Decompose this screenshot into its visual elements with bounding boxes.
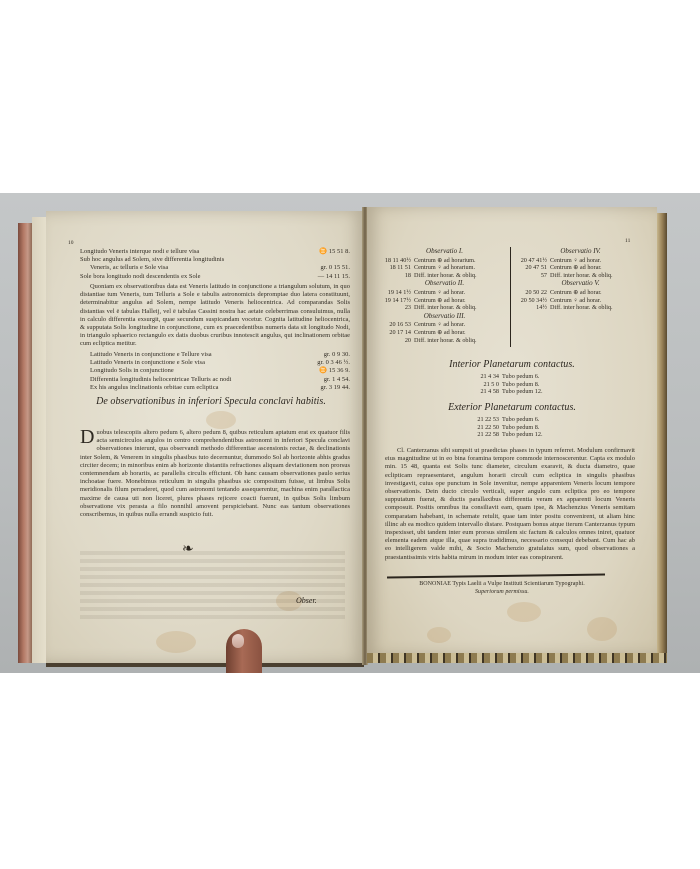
observation-row: 20 17 14Centrum ⊕ ad horar. (377, 329, 512, 337)
observation-row: 18 11 40½Centrum ⊕ ad horarium. (377, 257, 512, 265)
observation-title: Observatio III. (377, 313, 512, 321)
fingernail (232, 634, 244, 648)
left-top-lines: Longitudo Veneris interque nodi e tellur… (80, 248, 350, 281)
imprint-line-2: Superiorum permissu. (397, 588, 607, 596)
observation-row: 20 47 51Centrum ⊕ ad horar. (513, 264, 648, 272)
left-page-stack (32, 217, 46, 663)
line-value: gr. 3 19 44. (320, 384, 350, 392)
contact-row: 21 4 34Tubo pedum 6. (465, 373, 585, 381)
left-page-number: 10 (68, 239, 74, 247)
line-text: Differentia longitudinis heliocentricae … (90, 376, 231, 384)
left-page-bottom-edge (46, 663, 364, 667)
right-paragraph: Cl. Canterzanus sibi sumpsit ut praedict… (385, 447, 635, 562)
drop-cap: D (80, 429, 95, 446)
right-page-stack (657, 213, 667, 653)
observation-row: 19 14 1½Centrum ♀ ad horar. (377, 289, 512, 297)
line-value: — 14 11 15. (318, 273, 350, 281)
line-text: Sole bora longitudo nodi descendentis ex… (80, 273, 200, 281)
contact-row: 21 22 58Tubo pedum 12. (465, 431, 585, 439)
left-paragraph-2: Duobus telescopiis altero pedum 6, alter… (80, 429, 350, 519)
book-photo: 10 Longitudo Veneris interque nodi e tel… (0, 193, 700, 673)
observation-row: 20 47 41½Centrum ♀ ad horar. (513, 257, 648, 265)
ornament-icon: ❧ (182, 541, 194, 558)
column-divider (510, 247, 511, 347)
observation-row: 18 11 51Centrum ♀ ad horarium. (377, 264, 512, 272)
observation-row: 20Diff. inter horar. & obliq. (377, 337, 512, 345)
observation-row: 14½Diff. inter horar. & obliq. (513, 304, 648, 312)
observation-title: Observatio II. (377, 280, 512, 288)
right-page: 11 Observatio I. 18 11 40½Centrum ⊕ ad h… (367, 207, 657, 655)
left-paragraph-1: Quoniam ex observationibus data est Vene… (80, 283, 350, 349)
line-value: gr. 1 4 54. (324, 376, 350, 384)
right-page-number: 11 (625, 237, 630, 245)
catchword: Obser. (296, 596, 317, 605)
interior-contact-heading: Interior Planetarum contactus. (387, 359, 637, 371)
observation-row: 20 16 53Centrum ♀ ad horar. (377, 321, 512, 329)
line-text: Ex his angulus inclinationis orbitae cum… (90, 384, 219, 392)
exterior-contact-rows: 21 22 53Tubo pedum 6. 21 22 50Tubo pedum… (465, 416, 585, 439)
right-page-deckle-edge (367, 653, 667, 663)
line-value: ♊ 15 51 8. (319, 248, 350, 256)
line-value: gr. 0 9 30. (324, 351, 350, 359)
left-page: 10 Longitudo Veneris interque nodi e tel… (46, 211, 364, 663)
line-text: Latitudo Veneris in conjunctione e Sole … (90, 359, 205, 367)
line-text: Sub hoc angulus ad Solem, sive different… (80, 256, 224, 264)
observation-title: Observatio I. (377, 248, 512, 256)
line-value: ♊ 15 36 9. (319, 367, 350, 375)
observation-title: Observatio V. (513, 280, 648, 288)
contact-row: 21 5 0Tubo pedum 8. (465, 381, 585, 389)
section-heading: De observationibus in inferiori Specula … (86, 396, 336, 408)
book-cover-edge (18, 223, 32, 663)
imprint-rule (387, 573, 605, 578)
exterior-contact-heading: Exterior Planetarum contactus. (387, 402, 637, 414)
contact-row: 21 22 53Tubo pedum 6. (465, 416, 585, 424)
left-table: Latitudo Veneris in conjunctione e Tellu… (90, 351, 350, 392)
contact-row: 21 4 58Tubo pedum 12. (465, 388, 585, 396)
imprint-line-1: BONONIAE Typis Laelii a Vulpe Instituti … (397, 580, 607, 588)
bleed-through-text (80, 551, 345, 621)
line-text: Longitudo Veneris interque nodi e tellur… (80, 248, 199, 256)
paragraph-text: uobus telescopiis altero pedum 6, altero… (80, 429, 350, 518)
line-text: Veneris, ac telluris e Sole visa (90, 264, 168, 272)
observation-row: 57Diff. inter horar. & obliq. (513, 272, 648, 280)
observation-title: Observatio IV. (513, 248, 648, 256)
contact-row: 21 22 50Tubo pedum 8. (465, 424, 585, 432)
observations-left-column: Observatio I. 18 11 40½Centrum ⊕ ad hora… (377, 247, 512, 344)
observation-row: 20 50 34½Centrum ♀ ad horar. (513, 297, 648, 305)
line-text: Longitudo Solis in conjunctione (90, 367, 174, 375)
finger (226, 629, 262, 673)
observation-row: 18Diff. inter horar. & obliq. (377, 272, 512, 280)
line-text: Latitudo Veneris in conjunctione e Tellu… (90, 351, 212, 359)
interior-contact-rows: 21 4 34Tubo pedum 6. 21 5 0Tubo pedum 8.… (465, 373, 585, 396)
observation-row: 19 14 17½Centrum ⊕ ad horar. (377, 297, 512, 305)
observations-right-column: Observatio IV. 20 47 41½Centrum ♀ ad hor… (513, 247, 648, 312)
line-value: gr. 0 15 51. (320, 264, 350, 272)
observation-row: 23Diff. inter horar. & obliq. (377, 304, 512, 312)
observation-row: 20 50 22Centrum ⊕ ad horar. (513, 289, 648, 297)
